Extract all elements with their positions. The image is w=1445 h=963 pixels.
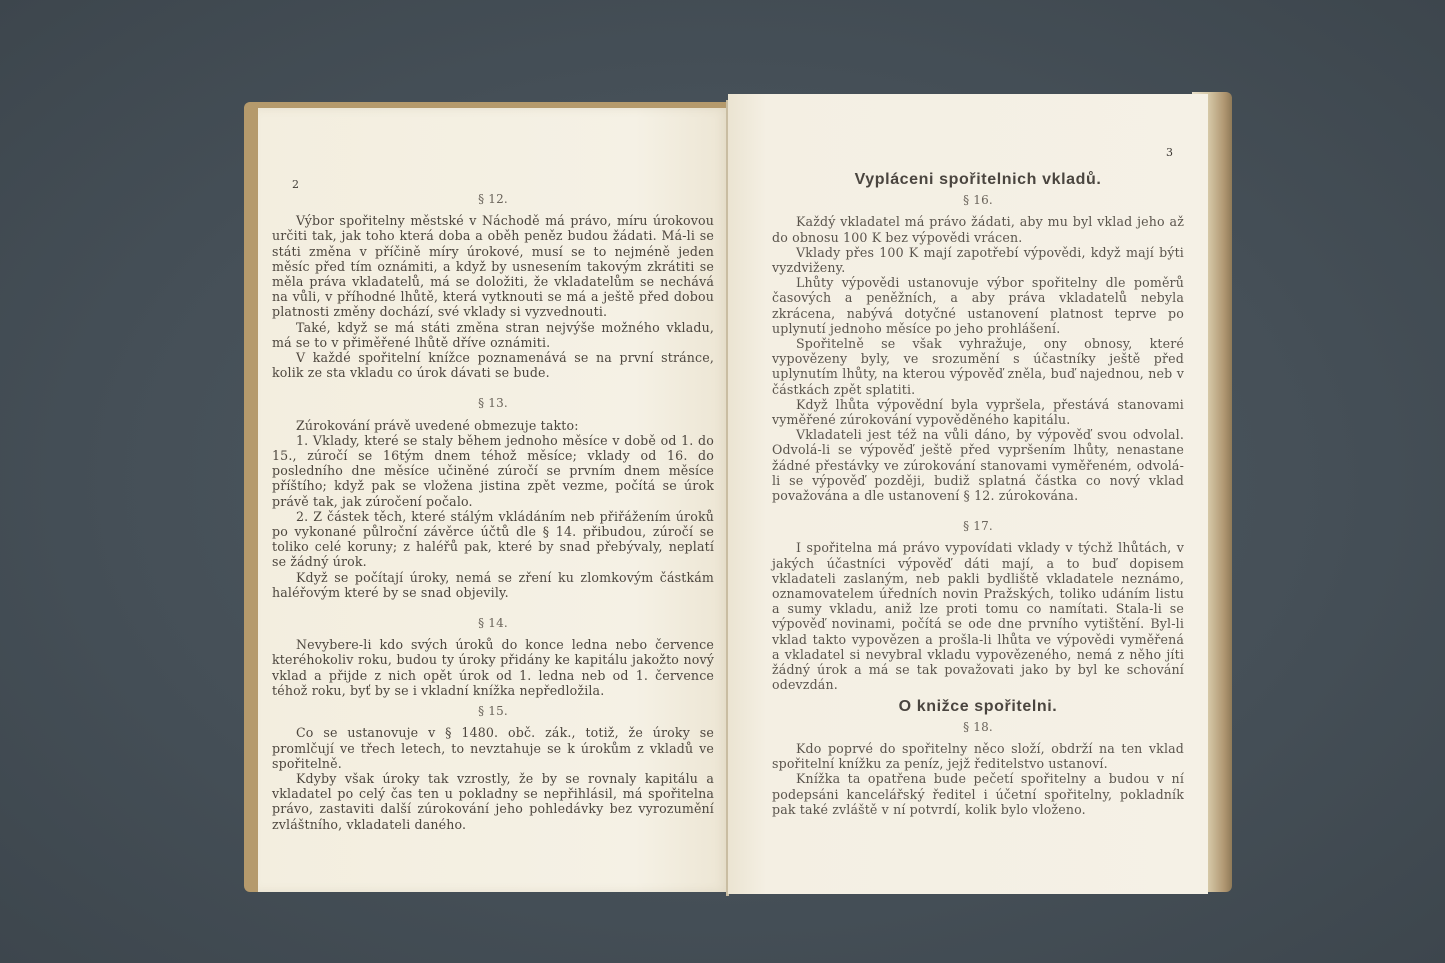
paragraph: Také, když se má státi změna stran nejvý… bbox=[272, 320, 714, 350]
section-15-sign: § 15. bbox=[272, 704, 714, 719]
paragraph: Každý vkladatel má právo žádati, aby mu … bbox=[772, 214, 1184, 244]
paragraph: Kdo poprvé do spořitelny něco složí, obd… bbox=[772, 741, 1184, 771]
paragraph: Když lhůta výpovědní byla vypršela, přes… bbox=[772, 397, 1184, 427]
left-page: 2 § 12. Výbor spořitelny městské v Nácho… bbox=[258, 108, 730, 892]
paragraph: Lhůty výpovědi ustanovuje výbor spořitel… bbox=[772, 275, 1184, 336]
paragraph: Zúrokování právě uvedené obmezuje takto: bbox=[272, 418, 714, 433]
section-16-sign: § 16. bbox=[772, 193, 1184, 208]
paragraph: Spořitelně se však vyhražuje, ony obnosy… bbox=[772, 336, 1184, 397]
left-page-text: § 12. Výbor spořitelny městské v Náchodě… bbox=[272, 180, 714, 832]
section-17-sign: § 17. bbox=[772, 519, 1184, 534]
paragraph: Nevybere-li kdo svých úroků do konce led… bbox=[272, 637, 714, 698]
chapter-heading-payouts: Vypláceni spořitelnich vkladů. bbox=[772, 172, 1184, 187]
page-number-right: 3 bbox=[1166, 146, 1173, 159]
right-page-text: Vypláceni spořitelnich vkladů. § 16. Kaž… bbox=[772, 160, 1184, 817]
paragraph: Když se počítají úroky, nemá se zření ku… bbox=[272, 570, 714, 600]
paragraph: Knížka ta opatřena bude pečetí spořiteln… bbox=[772, 771, 1184, 817]
section-14-sign: § 14. bbox=[272, 616, 714, 631]
section-13-sign: § 13. bbox=[272, 396, 714, 411]
right-page: 3 Vypláceni spořitelnich vkladů. § 16. K… bbox=[728, 94, 1208, 894]
paragraph: Vklady přes 100 K mají zapotřebí výpověd… bbox=[772, 245, 1184, 275]
section-18-sign: § 18. bbox=[772, 720, 1184, 735]
paragraph: Kdyby však úroky tak vzrostly, že by se … bbox=[272, 771, 714, 832]
paragraph: V každé spořitelní knížce poznamenává se… bbox=[272, 350, 714, 380]
section-12-sign: § 12. bbox=[272, 192, 714, 207]
paragraph: I spořitelna má právo vypovídati vklady … bbox=[772, 540, 1184, 692]
paragraph: Vkladateli jest též na vůli dáno, by výp… bbox=[772, 427, 1184, 503]
paragraph: 2. Z částek těch, které stálým vkládáním… bbox=[272, 509, 714, 570]
chapter-heading-savings-book: O knižce spořitelni. bbox=[772, 699, 1184, 714]
open-book: 2 § 12. Výbor spořitelny městské v Nácho… bbox=[244, 92, 1232, 900]
paragraph: Co se ustanovuje v § 1480. obč. zák., to… bbox=[272, 725, 714, 771]
paragraph: 1. Vklady, které se staly během jednoho … bbox=[272, 433, 714, 509]
paragraph: Výbor spořitelny městské v Náchodě má pr… bbox=[272, 213, 714, 319]
